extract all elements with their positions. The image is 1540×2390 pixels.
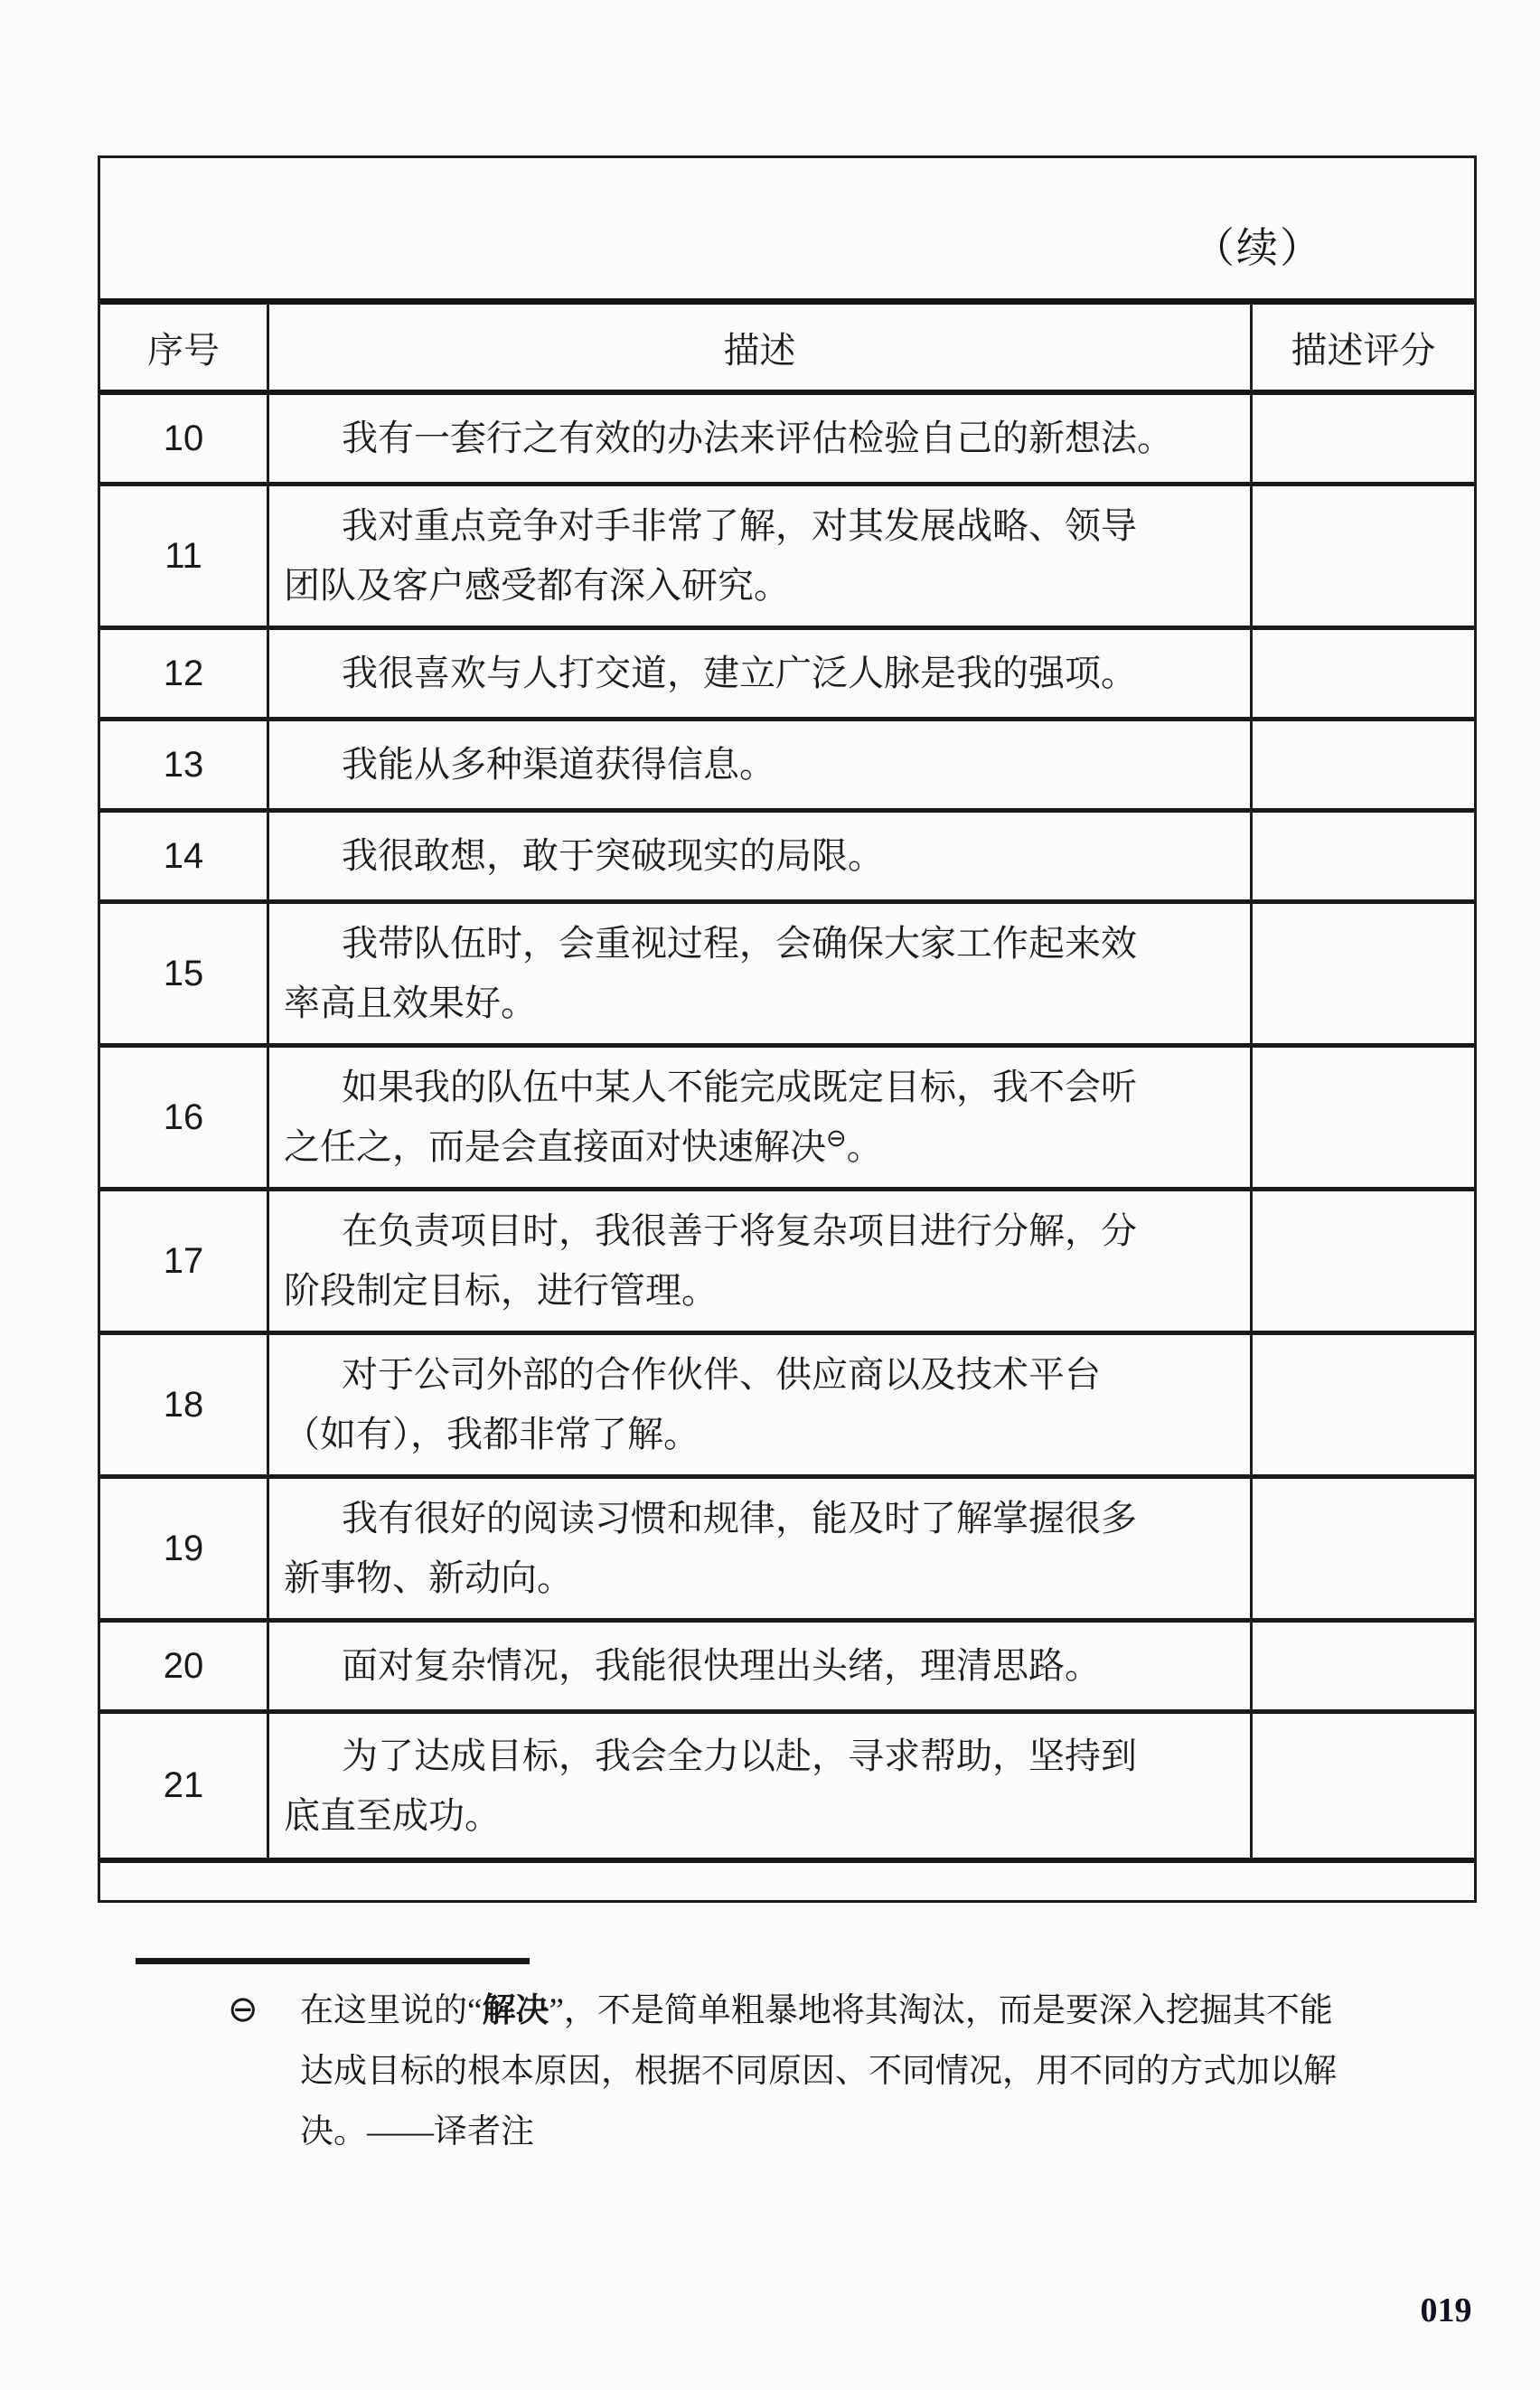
score-cell [1250,1335,1474,1474]
row-description: 在负责项目时，我很善于将复杂项目进行分解，分 阶段制定目标，进行管理。 [269,1191,1250,1331]
row-number: 21 [100,1714,269,1858]
footnote-marker-icon: ⊖ [228,1980,300,2040]
footnote: ⊖在这里说的“解决”，不是简单粗暴地将其淘汰，而是要深入挖掘其不能 达成目标的根… [228,1980,1366,2162]
footnote-divider [136,1958,530,1964]
row-number: 10 [100,395,269,482]
row-description: 我对重点竞争对手非常了解，对其发展战略、领导 团队及客户感受都有深入研究。 [269,486,1250,626]
table-row: 17 在负责项目时，我很善于将复杂项目进行分解，分 阶段制定目标，进行管理。 [100,1191,1474,1335]
score-cell [1250,813,1474,899]
table-row: 18 对于公司外部的合作伙伴、供应商以及技术平台 （如有），我都非常了解。 [100,1335,1474,1479]
table-row: 21 为了达成目标，我会全力以赴，寻求帮助，坚持到 底直至成功。 [100,1714,1474,1858]
row-number: 18 [100,1335,269,1474]
table-row: 14 我很敢想，敢于突破现实的局限。 [100,813,1474,904]
header-score: 描述评分 [1250,305,1474,390]
footnote-line: 决。——译者注 [300,2102,1366,2162]
row-description: 我能从多种渠道获得信息。 [269,721,1250,808]
footnote-line: ⊖在这里说的“解决”，不是简单粗暴地将其淘汰，而是要深入挖掘其不能 [228,1980,1366,2041]
row-number: 11 [100,486,269,626]
row-number: 20 [100,1623,269,1709]
table-row: 13 我能从多种渠道获得信息。 [100,721,1474,813]
page-number: 019 [1392,2291,1500,2330]
row-number: 19 [100,1479,269,1618]
table-row: 15 我带队伍时，会重视过程，会确保大家工作起来效 率高且效果好。 [100,904,1474,1048]
table-row: 11 我对重点竞争对手非常了解，对其发展战略、领导 团队及客户感受都有深入研究。 [100,486,1474,630]
header-description: 描述 [269,305,1250,390]
row-description: 为了达成目标，我会全力以赴，寻求帮助，坚持到 底直至成功。 [269,1714,1250,1858]
header-number: 序号 [100,305,269,390]
row-description: 我有很好的阅读习惯和规律，能及时了解掌握很多 新事物、新动向。 [269,1479,1250,1618]
table-header-row: 序号 描述 描述评分 [100,305,1474,395]
row-description: 对于公司外部的合作伙伴、供应商以及技术平台 （如有），我都非常了解。 [269,1335,1250,1474]
footnote-bold-term: 解决 [482,1991,549,2028]
table-row: 20 面对复杂情况，我能很快理出头绪，理清思路。 [100,1623,1474,1714]
row-description: 如果我的队伍中某人不能完成既定目标，我不会听 之任之，而是会直接面对快速解决⊖。 [269,1048,1250,1187]
row-description: 我有一套行之有效的办法来评估检验自己的新想法。 [269,395,1250,482]
score-cell [1250,1714,1474,1858]
row-number: 12 [100,630,269,717]
row-description: 我带队伍时，会重视过程，会确保大家工作起来效 率高且效果好。 [269,904,1250,1043]
table-row: 19 我有很好的阅读习惯和规律，能及时了解掌握很多 新事物、新动向。 [100,1479,1474,1623]
footnote-line: 达成目标的根本原因，根据不同原因、不同情况，用不同的方式加以解 [300,2041,1366,2102]
table-outer-box: 序号 描述 描述评分 10 我有一套行之有效的办法来评估检验自己的新想法。 11… [98,155,1477,1903]
score-cell [1250,1048,1474,1187]
score-cell [1250,486,1474,626]
footnote-ref-icon: ⊖ [826,1124,847,1153]
row-number: 14 [100,813,269,899]
score-cell [1250,721,1474,808]
score-cell [1250,904,1474,1043]
table-row: 12 我很喜欢与人打交道，建立广泛人脉是我的强项。 [100,630,1474,721]
row-description: 面对复杂情况，我能很快理出头绪，理清思路。 [269,1623,1250,1709]
row-description: 我很敢想，敢于突破现实的局限。 [269,813,1250,899]
book-page: （续） 序号 描述 描述评分 10 我有一套行之有效的办法来评估检验自己的新想法… [0,0,1540,2390]
row-description: 我很喜欢与人打交道，建立广泛人脉是我的强项。 [269,630,1250,717]
score-cell [1250,1623,1474,1709]
score-cell [1250,630,1474,717]
score-cell [1250,1191,1474,1331]
row-number: 16 [100,1048,269,1187]
score-cell [1250,395,1474,482]
row-number: 15 [100,904,269,1043]
questionnaire-table: 序号 描述 描述评分 10 我有一套行之有效的办法来评估检验自己的新想法。 11… [100,298,1474,1863]
score-cell [1250,1479,1474,1618]
row-number: 13 [100,721,269,808]
row-number: 17 [100,1191,269,1331]
table-row: 16 如果我的队伍中某人不能完成既定目标，我不会听 之任之，而是会直接面对快速解… [100,1048,1474,1191]
table-row: 10 我有一套行之有效的办法来评估检验自己的新想法。 [100,395,1474,486]
